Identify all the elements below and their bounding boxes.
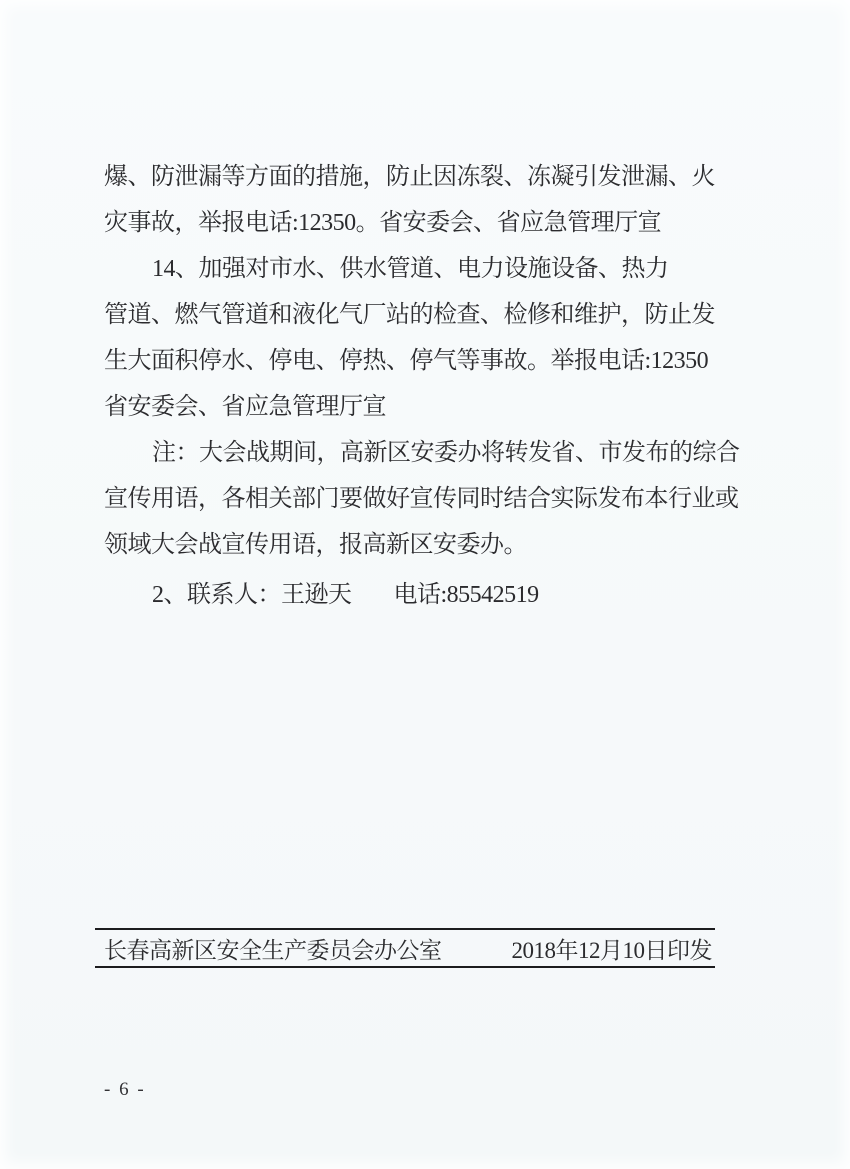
footer-print-date: 2018年12月10日印发 [512, 932, 713, 965]
contact-line: 2、联系人：王逊天电话:85542519 [104, 572, 724, 618]
contact-person: 2、联系人：王逊天 [152, 582, 352, 608]
text-line: 生大面积停水、停电、停热、停气等事故。举报电话:12350 [104, 338, 724, 384]
document-body: 爆、防泄漏等方面的措施，防止因冻裂、冻凝引发泄漏、火 灾事故，举报电话:1235… [104, 154, 724, 618]
contact-phone: 电话:85542519 [394, 582, 539, 608]
text-line: 领域大会战宣传用语，报高新区安委办。 [104, 522, 724, 568]
text-line: 注：大会战期间，高新区安委办将转发省、市发布的综合 [104, 430, 724, 476]
text-line: 宣传用语，各相关部门要做好宣传同时结合实际发布本行业或 [104, 476, 724, 522]
text-line: 14、加强对市水、供水管道、电力设施设备、热力 [104, 246, 724, 292]
text-line: 省安委会、省应急管理厅宣 [104, 384, 724, 430]
page-number: - 6 - [104, 1078, 146, 1102]
text-line: 管道、燃气管道和液化气厂站的检查、检修和维护，防止发 [104, 292, 724, 338]
footer-issuing-office: 长春高新区安全生产委员会办公室 [104, 932, 442, 965]
footer-rule-bottom [95, 966, 715, 968]
footer: 长春高新区安全生产委员会办公室 2018年12月10日印发 [95, 930, 715, 966]
text-line: 爆、防泄漏等方面的措施，防止因冻裂、冻凝引发泄漏、火 [104, 154, 724, 200]
text-line: 灾事故，举报电话:12350。省安委会、省应急管理厅宣 [104, 200, 724, 246]
document-page: 爆、防泄漏等方面的措施，防止因冻裂、冻凝引发泄漏、火 灾事故，举报电话:1235… [0, 0, 850, 1169]
